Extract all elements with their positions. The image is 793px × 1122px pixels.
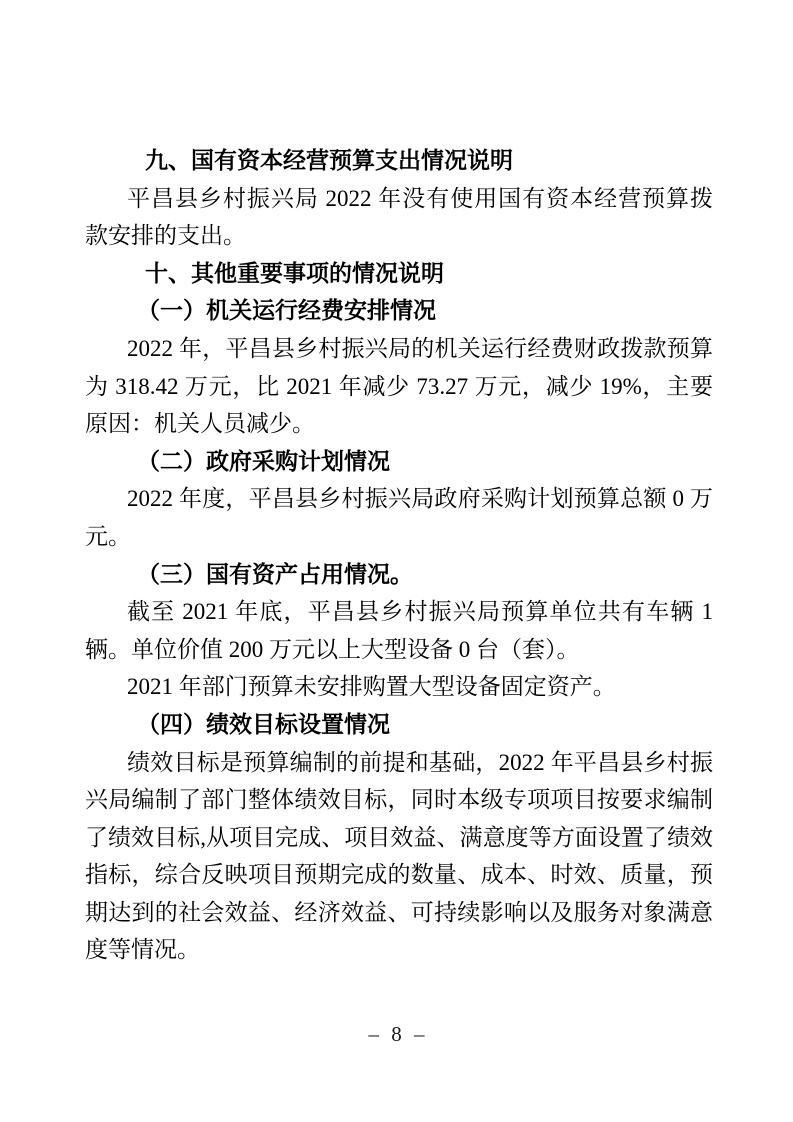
paragraph-nine-body: 平昌县乡村振兴局 2022 年没有使用国有资本经营预算拨款安排的支出。 (85, 180, 713, 255)
subsection-heading-one: （一）机关运行经费安排情况 (85, 292, 713, 330)
page-footer: – 8 – (0, 1022, 793, 1046)
paragraph-performance: 绩效目标是预算编制的前提和基础，2022 年平昌县乡村振兴局编制了部门整体绩效目… (85, 744, 713, 970)
page-number: – 8 – (369, 1022, 425, 1046)
section-heading-ten: 十、其他重要事项的情况说明 (85, 255, 713, 293)
subsection-heading-two: （二）政府采购计划情况 (85, 443, 713, 481)
paragraph-agency-funds: 2022 年，平昌县乡村振兴局的机关运行经费财政拨款预算为 318.42 万元，… (85, 330, 713, 443)
paragraph-assets-1: 截至 2021 年底，平昌县乡村振兴局预算单位共有车辆 1 辆。单位价值 200… (85, 593, 713, 668)
paragraph-assets-2: 2021 年部门预算未安排购置大型设备固定资产。 (85, 668, 713, 706)
document-content: 九、国有资本经营预算支出情况说明平昌县乡村振兴局 2022 年没有使用国有资本经… (85, 142, 713, 969)
paragraph-procurement: 2022 年度，平昌县乡村振兴局政府采购计划预算总额 0 万元。 (85, 480, 713, 555)
subsection-heading-three: （三）国有资产占用情况。 (85, 556, 713, 594)
section-heading-nine: 九、国有资本经营预算支出情况说明 (85, 142, 713, 180)
document-page: 九、国有资本经营预算支出情况说明平昌县乡村振兴局 2022 年没有使用国有资本经… (0, 0, 793, 1122)
subsection-heading-four: （四）绩效目标设置情况 (85, 706, 713, 744)
